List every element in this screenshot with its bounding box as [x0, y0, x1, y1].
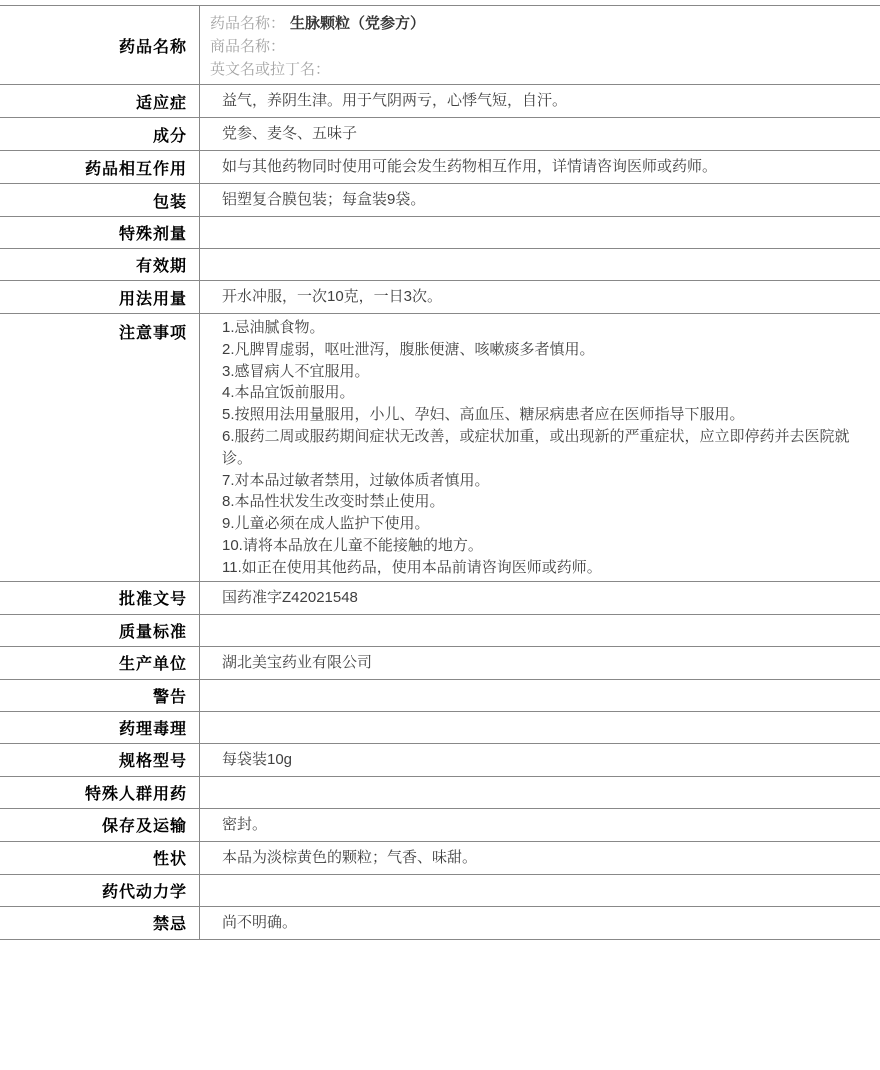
row-label-drug-name: 药品名称 — [0, 6, 200, 84]
row-content-quality-standard — [200, 615, 880, 646]
precaution-item: 9.儿童必须在成人监护下使用。 — [222, 513, 868, 535]
row-label-quality-standard: 质量标准 — [0, 615, 200, 646]
row-content-precautions: 1.忌油腻食物。 2.凡脾胃虚弱，呕吐泄泻，腹胀便溏、咳嗽痰多者慎用。 3.感冒… — [200, 314, 880, 581]
row-label-contraindication: 禁忌 — [0, 907, 200, 939]
row-content-contraindication: 尚不明确。 — [200, 907, 880, 939]
row-drug-name: 药品名称 药品名称：生脉颗粒（党参方） 商品名称： 英文名或拉丁名： — [0, 6, 880, 85]
drug-name-value: 生脉颗粒（党参方） — [290, 15, 425, 32]
row-specification: 规格型号 每袋装10g — [0, 744, 880, 777]
row-label-interaction: 药品相互作用 — [0, 151, 200, 183]
row-label-validity-period: 有效期 — [0, 249, 200, 280]
row-special-dosage: 特殊剂量 — [0, 217, 880, 249]
english-name-key: 英文名或拉丁名： — [210, 61, 330, 78]
row-label-ingredients: 成分 — [0, 118, 200, 150]
precaution-item: 7.对本品过敏者禁用，过敏体质者慎用。 — [222, 470, 868, 492]
row-storage-transport: 保存及运输 密封。 — [0, 809, 880, 842]
row-content-indication: 益气，养阴生津。用于气阴两亏，心悸气短，自汗。 — [200, 85, 880, 117]
row-ingredients: 成分 党参、麦冬、五味子 — [0, 118, 880, 151]
row-properties: 性状 本品为淡棕黄色的颗粒；气香、味甜。 — [0, 842, 880, 875]
row-content-pharmacokinetics — [200, 875, 880, 906]
drug-info-page: 药品名称 药品名称：生脉颗粒（党参方） 商品名称： 英文名或拉丁名： 适应症 益… — [0, 0, 880, 1070]
row-label-usage-dosage: 用法用量 — [0, 281, 200, 313]
row-content-storage-transport: 密封。 — [200, 809, 880, 841]
row-label-manufacturer: 生产单位 — [0, 647, 200, 679]
row-indication: 适应症 益气，养阴生津。用于气阴两亏，心悸气短，自汗。 — [0, 85, 880, 118]
row-content-validity-period — [200, 249, 880, 280]
row-warning: 警告 — [0, 680, 880, 712]
trade-name-key: 商品名称： — [210, 38, 285, 55]
row-content-special-dosage — [200, 217, 880, 248]
row-label-special-population: 特殊人群用药 — [0, 777, 200, 808]
row-content-specification: 每袋装10g — [200, 744, 880, 776]
row-usage-dosage: 用法用量 开水冲服，一次10克，一日3次。 — [0, 281, 880, 314]
row-content-drug-name: 药品名称：生脉颗粒（党参方） 商品名称： 英文名或拉丁名： — [200, 6, 880, 84]
row-content-special-population — [200, 777, 880, 808]
row-label-warning: 警告 — [0, 680, 200, 711]
precaution-item: 11.如正在使用其他药品，使用本品前请咨询医师或药师。 — [222, 557, 868, 579]
row-label-indication: 适应症 — [0, 85, 200, 117]
drug-name-line: 药品名称：生脉颗粒（党参方） — [210, 12, 868, 35]
drug-name-key: 药品名称： — [210, 15, 285, 32]
row-label-packaging: 包装 — [0, 184, 200, 216]
precaution-item: 5.按照用法用量服用，小儿、孕妇、高血压、糖尿病患者应在医师指导下服用。 — [222, 404, 868, 426]
row-label-special-dosage: 特殊剂量 — [0, 217, 200, 248]
row-label-approval-number: 批准文号 — [0, 582, 200, 614]
row-label-properties: 性状 — [0, 842, 200, 874]
row-content-usage-dosage: 开水冲服，一次10克，一日3次。 — [200, 281, 880, 313]
row-label-precautions: 注意事项 — [0, 314, 200, 581]
row-interaction: 药品相互作用 如与其他药物同时使用可能会发生药物相互作用，详情请咨询医师或药师。 — [0, 151, 880, 184]
row-content-interaction: 如与其他药物同时使用可能会发生药物相互作用，详情请咨询医师或药师。 — [200, 151, 880, 183]
row-special-population: 特殊人群用药 — [0, 777, 880, 809]
row-approval-number: 批准文号 国药准字Z42021548 — [0, 582, 880, 615]
row-validity-period: 有效期 — [0, 249, 880, 281]
precaution-item: 10.请将本品放在儿童不能接触的地方。 — [222, 535, 868, 557]
precaution-item: 1.忌油腻食物。 — [222, 317, 868, 339]
row-contraindication: 禁忌 尚不明确。 — [0, 907, 880, 940]
precaution-item: 4.本品宜饭前服用。 — [222, 382, 868, 404]
row-quality-standard: 质量标准 — [0, 615, 880, 647]
row-content-ingredients: 党参、麦冬、五味子 — [200, 118, 880, 150]
trade-name-line: 商品名称： — [210, 35, 868, 58]
row-label-storage-transport: 保存及运输 — [0, 809, 200, 841]
row-label-specification: 规格型号 — [0, 744, 200, 776]
row-content-packaging: 铝塑复合膜包装；每盒装9袋。 — [200, 184, 880, 216]
drug-info-table: 药品名称 药品名称：生脉颗粒（党参方） 商品名称： 英文名或拉丁名： 适应症 益… — [0, 5, 880, 940]
row-content-approval-number: 国药准字Z42021548 — [200, 582, 880, 614]
row-content-pharmacology-toxicology — [200, 712, 880, 743]
precaution-item: 8.本品性状发生改变时禁止使用。 — [222, 491, 868, 513]
precaution-item: 2.凡脾胃虚弱，呕吐泄泻，腹胀便溏、咳嗽痰多者慎用。 — [222, 339, 868, 361]
precaution-item: 3.感冒病人不宜服用。 — [222, 361, 868, 383]
row-content-warning — [200, 680, 880, 711]
row-label-pharmacokinetics: 药代动力学 — [0, 875, 200, 906]
row-manufacturer: 生产单位 湖北美宝药业有限公司 — [0, 647, 880, 680]
row-content-properties: 本品为淡棕黄色的颗粒；气香、味甜。 — [200, 842, 880, 874]
english-name-line: 英文名或拉丁名： — [210, 58, 868, 81]
row-precautions: 注意事项 1.忌油腻食物。 2.凡脾胃虚弱，呕吐泄泻，腹胀便溏、咳嗽痰多者慎用。… — [0, 314, 880, 582]
row-packaging: 包装 铝塑复合膜包装；每盒装9袋。 — [0, 184, 880, 217]
row-content-manufacturer: 湖北美宝药业有限公司 — [200, 647, 880, 679]
row-label-pharmacology-toxicology: 药理毒理 — [0, 712, 200, 743]
precaution-item: 6.服药二周或服药期间症状无改善，或症状加重，或出现新的严重症状，应立即停药并去… — [222, 426, 868, 470]
row-pharmacokinetics: 药代动力学 — [0, 875, 880, 907]
row-pharmacology-toxicology: 药理毒理 — [0, 712, 880, 744]
